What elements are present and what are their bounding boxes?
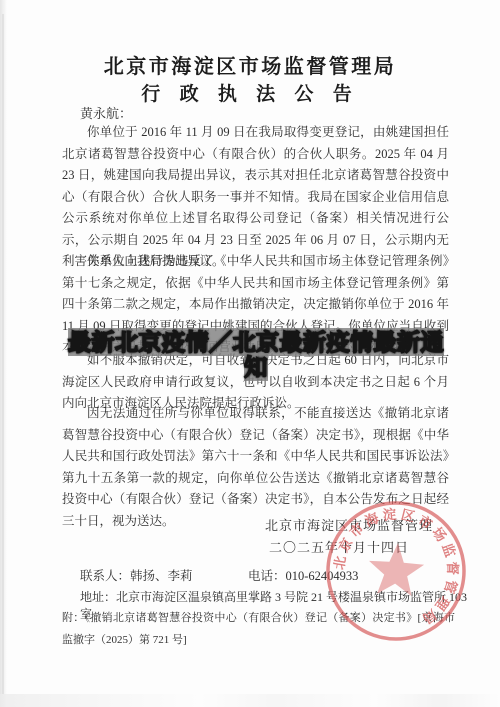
addressee: 黄永航： [80, 103, 132, 122]
document-subtitle: 行 政 执 法 公 告 [0, 79, 500, 106]
watermark-caption-text: 最新北京疫情／北京最新疫情最新通知 [68, 328, 444, 381]
document-title: 北京市海淀区市场监督管理局 [0, 50, 500, 79]
scan-bottom-smudge [0, 694, 500, 707]
seal-star-icon [367, 541, 426, 597]
scan-edge-line [2, 14, 4, 694]
paragraph-registration-history: 你单位于 2016 年 11 月 09 日在我局取得变更登记，由姚建国担任北京诸… [62, 122, 449, 273]
watermark-caption: 最新北京疫情／北京最新疫情最新通知 [62, 330, 450, 380]
document-scan: 北京市海淀区市场监督管理局 行 政 执 法 公 告 黄永航： 你单位于 2016… [0, 0, 500, 707]
official-red-seal-icon: 北京市海淀区市场监督管理局 [321, 496, 471, 646]
contact-person: 联系人：韩扬、李莉 [80, 566, 248, 584]
